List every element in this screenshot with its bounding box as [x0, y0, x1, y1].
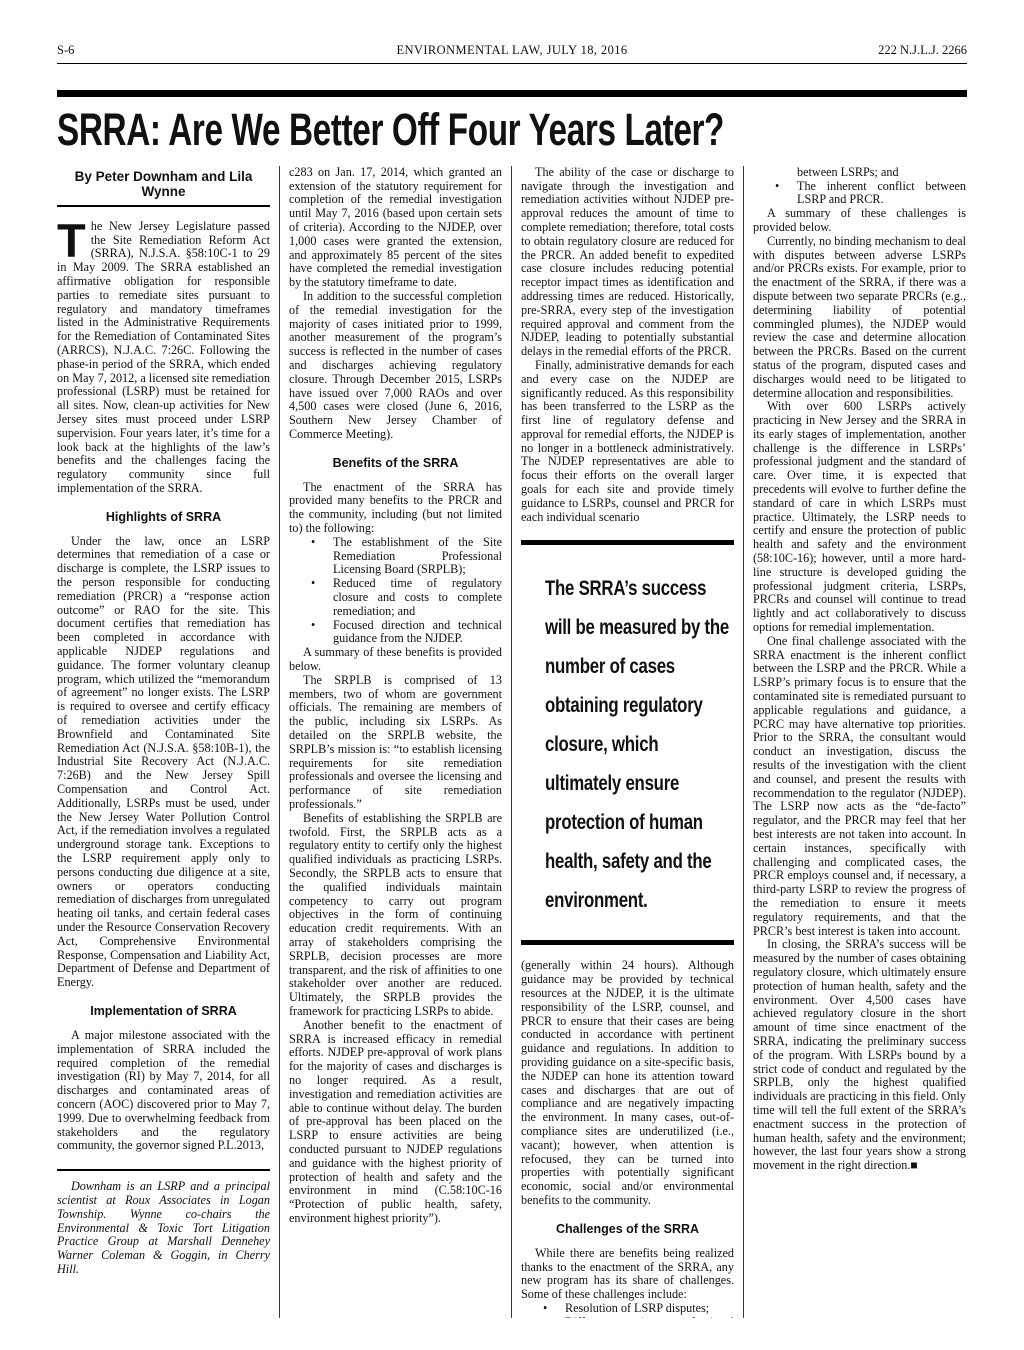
- column-1: By Peter Downham and Lila Wynne The New …: [57, 166, 270, 1318]
- author-bio-text: Downham is an LSRP and a principal scien…: [57, 1180, 270, 1277]
- drop-cap: T: [57, 223, 86, 259]
- bullet-icon: •: [311, 619, 315, 633]
- paragraph: While there are benefits being realized …: [521, 1247, 734, 1302]
- column-4: between LSRPs; and •The inherent conflic…: [753, 166, 966, 1318]
- list-item: •Reduced time of regulatory closure and …: [289, 577, 502, 618]
- byline: By Peter Downham and Lila Wynne: [57, 166, 270, 207]
- list-item-continuation: between LSRPs; and: [753, 166, 966, 180]
- section-subhead-implementation: Implementation of SRRA: [57, 1004, 270, 1018]
- paragraph: Benefits of establishing the SRPLB are t…: [289, 812, 502, 1019]
- article-headline: SRRA: Are We Better Off Four Years Later…: [57, 107, 730, 152]
- section-subhead-challenges: Challenges of the SRRA: [521, 1222, 734, 1236]
- list-item: •The establishment of the Site Remediati…: [289, 536, 502, 577]
- paragraph: (generally within 24 hours). Although gu…: [521, 959, 734, 1207]
- column-3: The ability of the case or discharge to …: [521, 166, 734, 1318]
- paragraph: The enactment of the SRRA has provided m…: [289, 481, 502, 536]
- column-divider: [511, 166, 512, 1318]
- section-subhead-highlights: Highlights of SRRA: [57, 510, 270, 524]
- list-item-text: Focused direction and technical guidance…: [333, 618, 502, 646]
- paragraph: The SRPLB is comprised of 13 members, tw…: [289, 674, 502, 812]
- paragraph: With over 600 LSRPs actively practicing …: [753, 400, 966, 635]
- list-item-text: Resolution of LSRP disputes;: [565, 1301, 709, 1315]
- headline-rule: [57, 90, 967, 97]
- list-item-text: Reduced time of regulatory closure and c…: [333, 576, 502, 618]
- pull-quote-text: The SRRA’s success will be measured by t…: [521, 569, 734, 920]
- paragraph-text: he New Jersey Legislature passed the Sit…: [57, 219, 270, 495]
- paragraph: The New Jersey Legislature passed the Si…: [57, 220, 270, 496]
- publication-title: ENVIRONMENTAL LAW, JULY 18, 2016: [285, 44, 740, 58]
- paragraph: One final challenge associated with the …: [753, 635, 966, 939]
- pull-quote: The SRRA’s success will be measured by t…: [521, 540, 734, 945]
- paragraph: Another benefit to the enactment of SRRA…: [289, 1019, 502, 1226]
- list-item-text: The establishment of the Site Remediatio…: [333, 535, 502, 577]
- list-item: •The inherent conflict between LSRP and …: [753, 180, 966, 208]
- list-item-text: The inherent conflict between LSRP and P…: [797, 179, 966, 207]
- journal-citation: 222 N.J.L.J. 2266: [740, 44, 968, 58]
- column-2: c283 on Jan. 17, 2014, which granted an …: [289, 166, 502, 1318]
- column-divider: [743, 166, 744, 1318]
- list-item: •Resolution of LSRP disputes;: [521, 1302, 734, 1316]
- page-folio: S-6: [57, 44, 285, 58]
- paragraph: Under the law, once an LSRP determines t…: [57, 535, 270, 990]
- bullet-icon: •: [543, 1302, 547, 1316]
- bullet-icon: •: [775, 180, 779, 194]
- bullet-icon: •: [311, 536, 315, 550]
- bullet-icon: •: [311, 577, 315, 591]
- bullet-icon: •: [543, 1316, 547, 1318]
- paragraph: Currently, no binding mechanism to deal …: [753, 235, 966, 401]
- paragraph: A summary of these challenges is provide…: [753, 207, 966, 235]
- paragraph: A major milestone associated with the im…: [57, 1029, 270, 1153]
- paragraph: The ability of the case or discharge to …: [521, 166, 734, 359]
- list-item: •Difference in professional judgment and…: [521, 1316, 734, 1318]
- section-subhead-benefits: Benefits of the SRRA: [289, 456, 502, 470]
- article-body: By Peter Downham and Lila Wynne The New …: [57, 166, 967, 1318]
- newspaper-page: S-6 ENVIRONMENTAL LAW, JULY 18, 2016 222…: [0, 0, 1024, 1350]
- paragraph: A summary of these benefits is provided …: [289, 646, 502, 674]
- column-divider: [279, 166, 280, 1318]
- paragraph: c283 on Jan. 17, 2014, which granted an …: [289, 166, 502, 290]
- author-bio-note: Downham is an LSRP and a principal scien…: [57, 1169, 270, 1277]
- masthead: S-6 ENVIRONMENTAL LAW, JULY 18, 2016 222…: [57, 44, 967, 64]
- paragraph: Finally, administrative demands for each…: [521, 359, 734, 525]
- paragraph: In addition to the successful completion…: [289, 290, 502, 442]
- list-item: •Focused direction and technical guidanc…: [289, 619, 502, 647]
- paragraph: In closing, the SRRA’s success will be m…: [753, 938, 966, 1173]
- list-item-text: Difference in professional judgment and …: [565, 1315, 734, 1318]
